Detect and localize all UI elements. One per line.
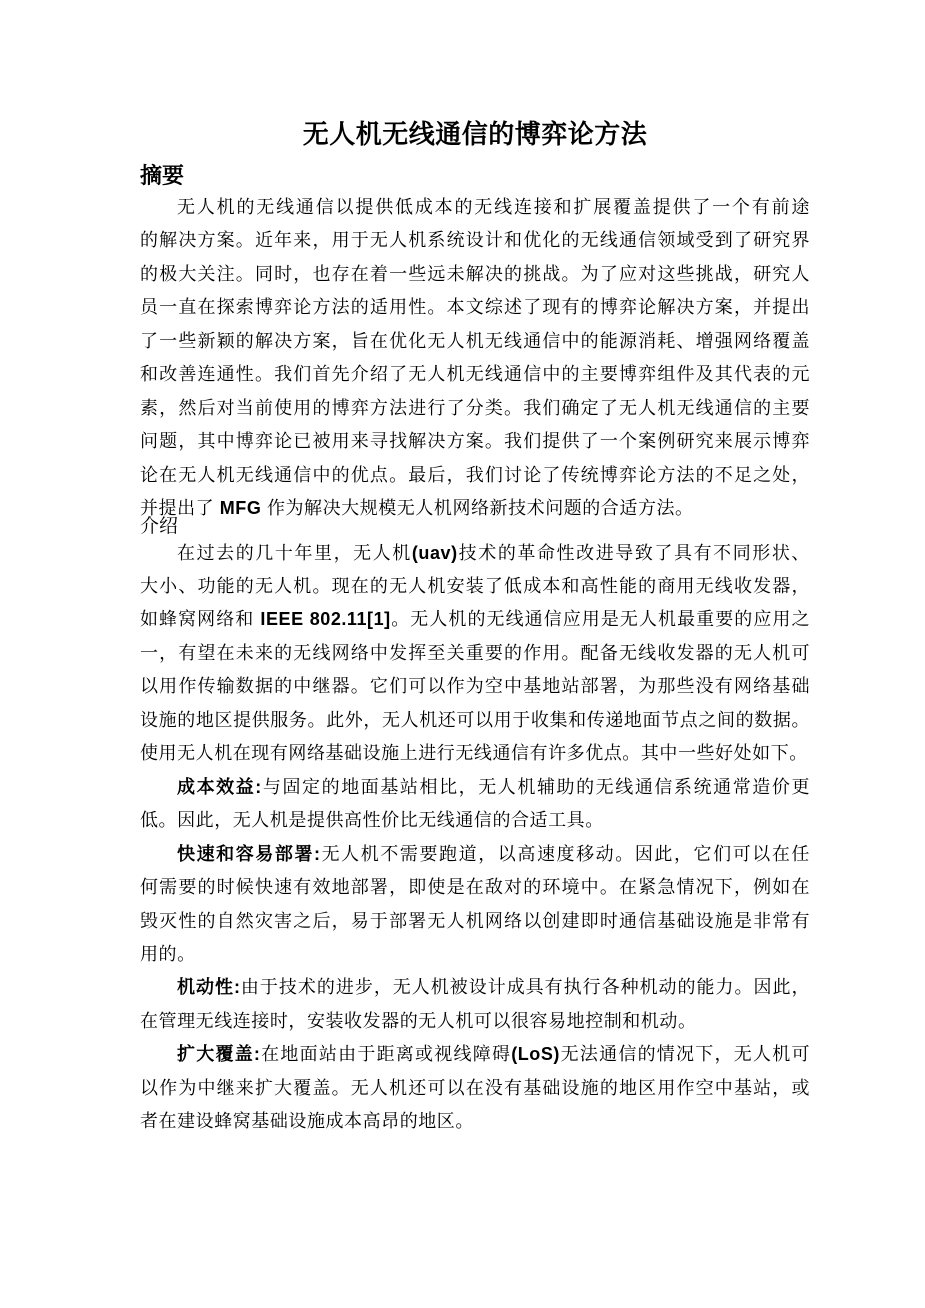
text-line: 如蜂窝网络和 IEEE 802.11[1]。无人机的无线通信应用是无人机最重要的… bbox=[140, 603, 810, 636]
text-line: 者在建设蜂窝基础设施成本高昂的地区。 bbox=[140, 1105, 810, 1138]
text-line: 论在无人机无线通信中的优点。最后，我们讨论了传统博弈论方法的不足之处， bbox=[140, 459, 810, 492]
cost-benefit-paragraph: 成本效益:与固定的地面基站相比，无人机辅助的无线通信系统通常造价更低。因此，无人… bbox=[140, 771, 810, 838]
text-line: 设施的地区提供服务。此外，无人机还可以用于收集和传递地面节点之间的数据。 bbox=[140, 704, 810, 737]
bold-text-run: (uav) bbox=[412, 543, 458, 563]
bold-text-run: 扩大覆盖: bbox=[177, 1044, 260, 1064]
bold-text-run: 成本效益: bbox=[177, 777, 262, 797]
text-run: 的解决方案。近年来，用于无人机系统设计和优化的无线通信领域受到了研究界 bbox=[140, 230, 810, 250]
text-run: 者在建设蜂窝基础设施成本高昂的地区。 bbox=[140, 1111, 474, 1131]
text-run: 在地面站由于距离或视线障碍 bbox=[260, 1044, 511, 1064]
text-run: 员一直在探索博弈论方法的适用性。本文综述了现有的博弈论解决方案，并提出 bbox=[140, 297, 810, 317]
text-run: 了一些新颖的解决方案，旨在优化无人机无线通信中的能源消耗、增强网络覆盖 bbox=[140, 331, 810, 351]
text-line: 快速和容易部署:无人机不需要跑道，以高速度移动。因此，它们可以在任 bbox=[140, 838, 810, 871]
abstract-paragraph: 无人机的无线通信以提供低成本的无线连接和扩展覆盖提供了一个有前途的解决方案。近年… bbox=[140, 191, 810, 526]
bold-text-run: IEEE 802.11[1] bbox=[260, 609, 390, 629]
text-run: 。无人机的无线通信应用是无人机最重要的应用之 bbox=[391, 609, 810, 629]
bold-text-run: (LoS) bbox=[511, 1044, 560, 1064]
text-run: 无人机的无线通信以提供低成本的无线连接和扩展覆盖提供了一个有前途 bbox=[177, 197, 810, 217]
abstract-heading: 摘要 bbox=[140, 161, 810, 191]
text-run: 无法通信的情况下，无人机可 bbox=[560, 1044, 810, 1064]
text-run: 以用作传输数据的中继器。它们可以作为空中基地站部署，为那些没有网络基础 bbox=[140, 676, 810, 696]
text-run: 的极大关注。同时，也存在着一些远未解决的挑战。为了应对这些挑战，研究人 bbox=[140, 264, 810, 284]
text-line: 何需要的时候快速有效地部署，即使是在敌对的环境中。在紧急情况下，例如在 bbox=[140, 871, 810, 904]
text-line: 的极大关注。同时，也存在着一些远未解决的挑战。为了应对这些挑战，研究人 bbox=[140, 258, 810, 291]
text-run: 作为解决大规模无人机网络新技术问题的合适方法。 bbox=[261, 498, 693, 518]
text-line: 毁灭性的自然灾害之后，易于部署无人机网络以创建即时通信基础设施是非常有 bbox=[140, 905, 810, 938]
text-line: 员一直在探索博弈论方法的适用性。本文综述了现有的博弈论解决方案，并提出 bbox=[140, 291, 810, 324]
text-run: 论在无人机无线通信中的优点。最后，我们讨论了传统博弈论方法的不足之处， bbox=[140, 465, 810, 485]
text-run: 技术的革命性改进导致了具有不同形状、 bbox=[458, 543, 810, 563]
text-line: 一，有望在未来的无线网络中发挥至关重要的作用。配备无线收发器的无人机可 bbox=[140, 637, 810, 670]
text-line: 扩大覆盖:在地面站由于距离或视线障碍(LoS)无法通信的情况下，无人机可 bbox=[140, 1038, 810, 1071]
text-line: 机动性:由于技术的进步，无人机被设计成具有执行各种机动的能力。因此， bbox=[140, 971, 810, 1004]
text-run: 问题，其中博弈论已被用来寻找解决方案。我们提供了一个案例研究来展示博弈 bbox=[140, 431, 810, 451]
text-line: 成本效益:与固定的地面基站相比，无人机辅助的无线通信系统通常造价更 bbox=[140, 771, 810, 804]
introduction-paragraph: 在过去的几十年里，无人机(uav)技术的革命性改进导致了具有不同形状、大小、功能… bbox=[140, 537, 810, 771]
rapid-deployment-paragraph: 快速和容易部署:无人机不需要跑道，以高速度移动。因此，它们可以在任何需要的时候快… bbox=[140, 838, 810, 972]
bold-text-run: 机动性: bbox=[177, 977, 241, 997]
text-run: 由于技术的进步，无人机被设计成具有执行各种机动的能力。因此， bbox=[241, 977, 811, 997]
text-line: 在过去的几十年里，无人机(uav)技术的革命性改进导致了具有不同形状、 bbox=[140, 537, 810, 570]
text-run: 与固定的地面基站相比，无人机辅助的无线通信系统通常造价更 bbox=[262, 777, 810, 797]
text-line: 以作为中继来扩大覆盖。无人机还可以在没有基础设施的地区用作空中基站，或 bbox=[140, 1072, 810, 1105]
text-run: 无人机不需要跑道，以高速度移动。因此，它们可以在任 bbox=[321, 844, 810, 864]
text-line: 和改善连通性。我们首先介绍了无人机无线通信中的主要博弈组件及其代表的元 bbox=[140, 358, 810, 391]
text-line: 的解决方案。近年来，用于无人机系统设计和优化的无线通信领域受到了研究界 bbox=[140, 224, 810, 257]
text-run: 低。因此，无人机是提供高性价比无线通信的合适工具。 bbox=[140, 810, 604, 830]
text-run: 如蜂窝网络和 bbox=[140, 609, 260, 629]
extended-coverage-paragraph: 扩大覆盖:在地面站由于距离或视线障碍(LoS)无法通信的情况下，无人机可以作为中… bbox=[140, 1038, 810, 1138]
document-page: 无人机无线通信的博弈论方法 摘要 无人机的无线通信以提供低成本的无线连接和扩展覆… bbox=[0, 0, 925, 1308]
bold-text-run: MFG bbox=[220, 498, 262, 518]
text-run: 毁灭性的自然灾害之后，易于部署无人机网络以创建即时通信基础设施是非常有 bbox=[140, 911, 810, 931]
text-line: 低。因此，无人机是提供高性价比无线通信的合适工具。 bbox=[140, 804, 810, 837]
text-line: 无人机的无线通信以提供低成本的无线连接和扩展覆盖提供了一个有前途 bbox=[140, 191, 810, 224]
text-run: 设施的地区提供服务。此外，无人机还可以用于收集和传递地面节点之间的数据。 bbox=[140, 710, 810, 730]
text-line: 问题，其中博弈论已被用来寻找解决方案。我们提供了一个案例研究来展示博弈 bbox=[140, 425, 810, 458]
text-run: 何需要的时候快速有效地部署，即使是在敌对的环境中。在紧急情况下，例如在 bbox=[140, 877, 810, 897]
text-run: 素，然后对当前使用的博弈方法进行了分类。我们确定了无人机无线通信的主要 bbox=[140, 398, 810, 418]
mobility-paragraph: 机动性:由于技术的进步，无人机被设计成具有执行各种机动的能力。因此，在管理无线连… bbox=[140, 971, 810, 1038]
text-run: 使用无人机在现有网络基础设施上进行无线通信有许多优点。其中一些好处如下。 bbox=[140, 743, 808, 763]
page-title: 无人机无线通信的博弈论方法 bbox=[140, 117, 810, 151]
text-run: 以作为中继来扩大覆盖。无人机还可以在没有基础设施的地区用作空中基站，或 bbox=[140, 1078, 810, 1098]
text-run: 在管理无线连接时，安装收发器的无人机可以很容易地控制和机动。 bbox=[140, 1011, 697, 1031]
text-run: 在过去的几十年里，无人机 bbox=[177, 543, 412, 563]
text-line: 使用无人机在现有网络基础设施上进行无线通信有许多优点。其中一些好处如下。 bbox=[140, 737, 810, 770]
text-run: 用的。 bbox=[140, 944, 196, 964]
text-run: 和改善连通性。我们首先介绍了无人机无线通信中的主要博弈组件及其代表的元 bbox=[140, 364, 810, 384]
bold-text-run: 快速和容易部署: bbox=[177, 844, 321, 864]
text-line: 以用作传输数据的中继器。它们可以作为空中基地站部署，为那些没有网络基础 bbox=[140, 670, 810, 703]
text-run: 一，有望在未来的无线网络中发挥至关重要的作用。配备无线收发器的无人机可 bbox=[140, 643, 810, 663]
text-line: 在管理无线连接时，安装收发器的无人机可以很容易地控制和机动。 bbox=[140, 1005, 810, 1038]
text-run: 大小、功能的无人机。现在的无人机安装了低成本和高性能的商用无线收发器， bbox=[140, 576, 810, 596]
text-line: 素，然后对当前使用的博弈方法进行了分类。我们确定了无人机无线通信的主要 bbox=[140, 392, 810, 425]
text-line: 大小、功能的无人机。现在的无人机安装了低成本和高性能的商用无线收发器， bbox=[140, 570, 810, 603]
text-line: 用的。 bbox=[140, 938, 810, 971]
text-line: 了一些新颖的解决方案，旨在优化无人机无线通信中的能源消耗、增强网络覆盖 bbox=[140, 325, 810, 358]
